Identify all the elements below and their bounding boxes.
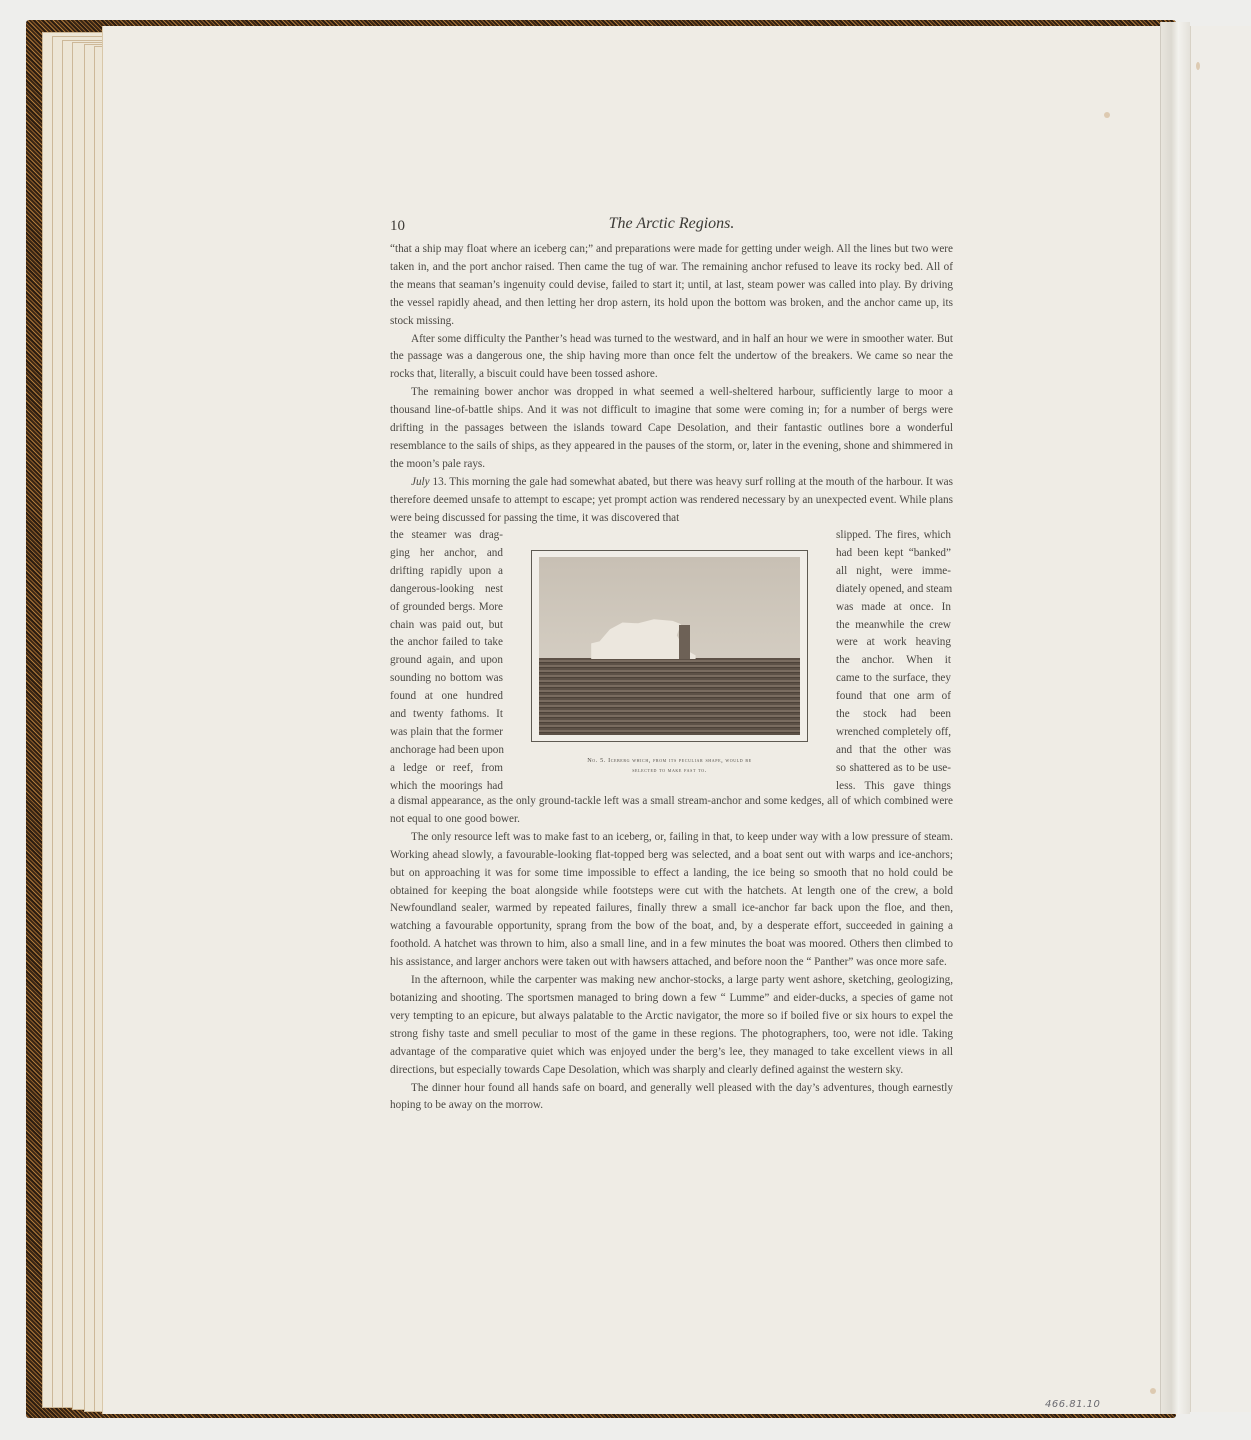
text-line: dangerous-looking nest: [390, 581, 503, 599]
iceberg-photograph: [539, 557, 800, 735]
paragraph: In the afternoon, while the carpenter wa…: [390, 972, 953, 1079]
foxing-spot: [1196, 62, 1200, 70]
text-line: was plain that the former: [390, 724, 503, 742]
paragraph: The remaining bower anchor was dropped i…: [390, 384, 953, 474]
text-line: the stock had been: [836, 706, 951, 724]
text-line: all night, were imme-: [836, 563, 951, 581]
text-line: so shattered as to be use-: [836, 760, 951, 778]
figure-caption: No. 5. Iceberg which, from its peculiar …: [531, 756, 808, 776]
paragraph: After some difficulty the Panther’s head…: [390, 331, 953, 385]
caption-line: selected to make fast to.: [531, 766, 808, 776]
foxing-spot: [1104, 112, 1110, 118]
text-line: ging her anchor, and: [390, 545, 503, 563]
wrap-column-right: slipped. The fires, which had been kept …: [836, 527, 951, 796]
running-head: The Arctic Regions.: [390, 215, 953, 233]
archive-catalog-note: 466.81.10: [1045, 1399, 1100, 1410]
text-line: anchorage had been upon: [390, 742, 503, 760]
sea-surface: [539, 658, 800, 735]
caption-line: No. 5. Iceberg which, from its peculiar …: [531, 756, 808, 766]
paragraph: “that a ship may float where an iceberg …: [390, 241, 953, 331]
text-line: came to the surface, they: [836, 670, 951, 688]
date-day: 13.: [433, 476, 447, 488]
body-text-top: “that a ship may float where an iceberg …: [390, 241, 953, 528]
paragraph-text: This morning the gale had somewhat abate…: [390, 476, 953, 524]
wrap-column-left: the steamer was drag- ging her anchor, a…: [390, 527, 503, 796]
paragraph: a dismal appearance, as the only ground-…: [390, 793, 953, 829]
text-line: the meanwhile the crew: [836, 617, 951, 635]
text-line: wrenched completely off,: [836, 724, 951, 742]
text-line: the anchor. When it: [836, 652, 951, 670]
text-line: a ledge or reef, from: [390, 760, 503, 778]
text-line: of grounded bergs. More: [390, 599, 503, 617]
text-line: were at work heaving: [836, 634, 951, 652]
foxing-spot: [1150, 1388, 1156, 1394]
paragraph: The only resource left was to make fast …: [390, 829, 953, 972]
paragraph-july-13: July 13. This morning the gale had somew…: [390, 474, 953, 528]
text-line: ground again, and upon: [390, 652, 503, 670]
text-line: had been kept “banked”: [836, 545, 951, 563]
text-line: the anchor failed to take: [390, 634, 503, 652]
text-line: found at one hundred: [390, 688, 503, 706]
book-gutter: [1160, 22, 1190, 1414]
facing-page-edge: [1190, 26, 1251, 1412]
text-line: the steamer was drag-: [390, 527, 503, 545]
text-line: sounding no bottom was: [390, 670, 503, 688]
text-line: and that the other was: [836, 742, 951, 760]
figure-iceberg-photo: [531, 550, 808, 742]
date-month: July: [411, 476, 430, 488]
text-line: chain was paid out, but: [390, 617, 503, 635]
text-line: was made at once. In: [836, 599, 951, 617]
text-line: diately opened, and steam: [836, 581, 951, 599]
text-line: and twenty fathoms. It: [390, 706, 503, 724]
text-line: drifting rapidly upon a: [390, 563, 503, 581]
text-line: found that one arm of: [836, 688, 951, 706]
body-text-bottom: a dismal appearance, as the only ground-…: [390, 793, 953, 1115]
paragraph: The dinner hour found all hands safe on …: [390, 1080, 953, 1116]
iceberg-arch-shadow: [679, 625, 691, 660]
text-line: slipped. The fires, which: [836, 527, 951, 545]
